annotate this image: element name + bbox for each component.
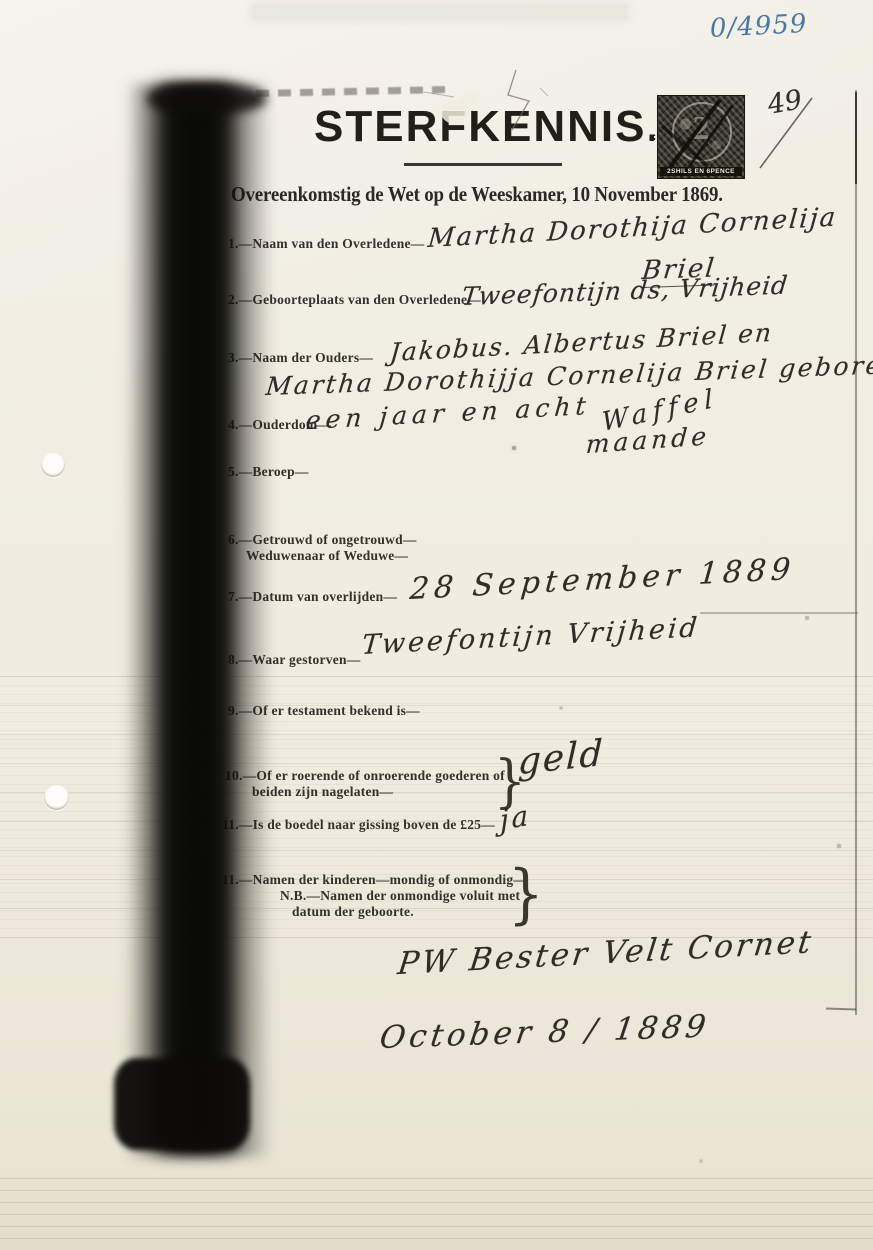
scan-smudge-core <box>160 86 230 1150</box>
field-answer-geboorteplaats: Tweefontijn ds, Vrijheid <box>460 271 789 312</box>
field-answer-datum-overlijden: 28 September 1889 <box>408 552 796 607</box>
scratch-line <box>700 612 858 614</box>
signature-date: October 8 / 1889 <box>377 1008 711 1056</box>
punch-hole-bottom <box>44 785 69 810</box>
punch-hole-top <box>41 453 65 477</box>
scan-smudge-top <box>148 84 266 114</box>
field-label-kinderen-line3: datum der geboorte. <box>292 904 414 920</box>
field-answer-waar-gestorven: Tweefontijn Vrijheid <box>361 612 702 661</box>
field-label-goederen-line2: beiden zijn nagelaten— <box>252 784 393 800</box>
scan-streak-texture-bottom <box>0 1178 873 1250</box>
scan-smudge-bottom-blob <box>114 1058 250 1150</box>
field-answer-boedel: ja <box>499 798 531 837</box>
page-margin-line <box>855 90 857 1015</box>
field-brace-kinderen: } <box>508 857 544 932</box>
scratch-line <box>826 1007 856 1010</box>
death-notice-document: 0/4959 STERFKENNIS. Overeenkomstig de We… <box>0 0 873 1250</box>
field-label-kinderen-line2: N.B.—Namen der onmondige voluit met <box>280 888 520 904</box>
